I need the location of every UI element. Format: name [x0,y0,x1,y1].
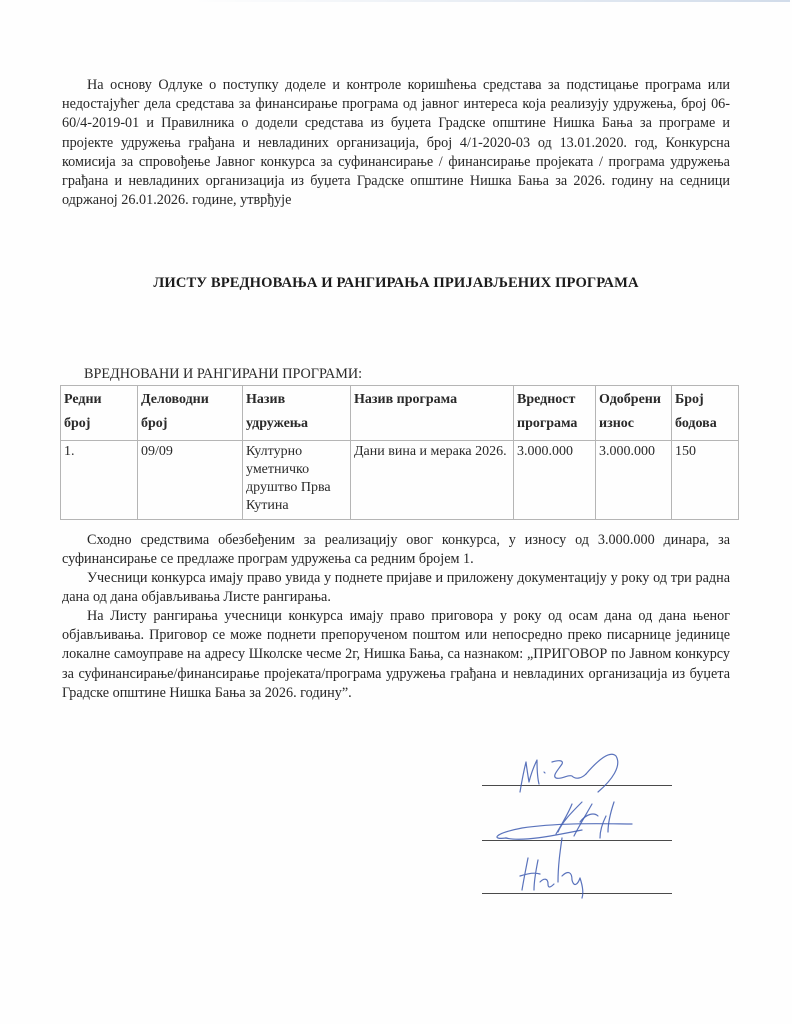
header-program-value-line2: програма [517,416,577,431]
table-header-row: Редниброј Деловодниброј Називудружења На… [61,386,739,441]
header-association: Називудружења [243,386,351,441]
header-approved-amount: Одобрениизнос [596,386,672,441]
header-program-value-line1: Вредност [517,392,575,407]
header-points: Бројбодова [672,386,739,441]
header-rank-line2: број [64,416,90,431]
funding-paragraph: Сходно средствима обезбеђеним за реализа… [62,531,730,569]
header-rank-line1: Редни [64,392,102,407]
header-file-number: Деловодниброј [138,386,243,441]
ranking-table: Редниброј Деловодниброј Називудружења На… [60,385,739,520]
signature-1 [520,754,618,792]
cell-approved-amount: 3.000.000 [596,441,672,520]
cell-points: 150 [672,441,739,520]
header-points-line2: бодова [675,416,717,431]
signature-3 [520,838,583,898]
cell-file-number: 09/09 [138,441,243,520]
table-row: 1. 09/09 Културно уметничко друштво Прва… [61,441,739,520]
header-rank: Редниброј [61,386,138,441]
header-points-line1: Број [675,392,704,407]
inspection-paragraph: Учесници конкурса имају право увида у по… [62,569,730,607]
signature-2 [497,802,632,839]
header-program-value: Вредностпрограма [514,386,596,441]
document-page: На основу Одлуке о поступку доделе и кон… [0,0,792,1024]
cell-rank: 1. [61,441,138,520]
objection-paragraph: На Листу рангирања учесници конкурса има… [62,607,730,703]
cell-program-value: 3.000.000 [514,441,596,520]
header-approved-amount-line1: Одобрени [599,392,661,407]
header-association-line2: удружења [246,416,308,431]
document-title: ЛИСТУ ВРЕДНОВАЊА И РАНГИРАЊА ПРИЈАВЉЕНИХ… [0,275,792,292]
header-approved-amount-line2: износ [599,416,634,431]
cell-program: Дани вина и мерака 2026. [351,441,514,520]
header-file-number-line1: Деловодни [141,392,209,407]
signatures-icon [482,752,672,902]
header-program: Назив програма [351,386,514,441]
cell-association: Културно уметничко друштво Прва Кутина [243,441,351,520]
signature-block [482,752,672,902]
header-file-number-line2: број [141,416,167,431]
header-program-line1: Назив програма [354,392,457,407]
table-caption: ВРЕДНОВАНИ И РАНГИРАНИ ПРОГРАМИ: [84,366,362,383]
header-association-line1: Назив [246,392,285,407]
intro-paragraph: На основу Одлуке о поступку доделе и кон… [62,76,730,210]
